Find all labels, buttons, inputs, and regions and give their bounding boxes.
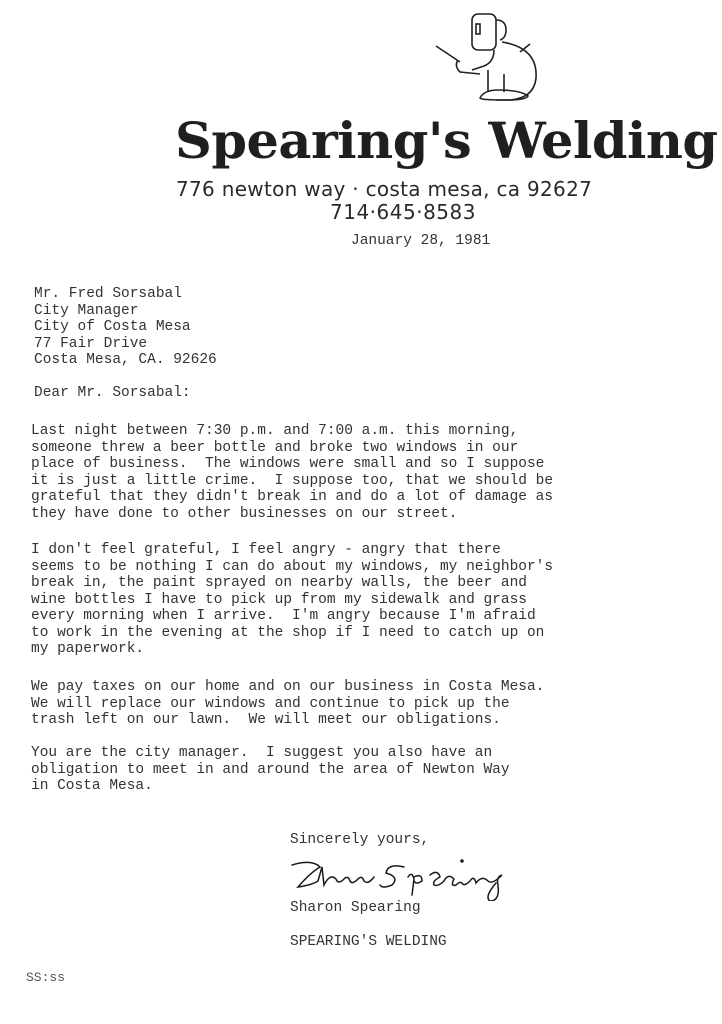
reference-initials: SS:ss	[26, 970, 65, 987]
recipient-city: Costa Mesa, CA. 92626	[34, 352, 217, 369]
valediction: Sincerely yours,	[290, 832, 429, 849]
body-paragraph: I don't feel grateful, I feel angry - an…	[31, 542, 553, 658]
recipient-title: City Manager	[34, 303, 217, 320]
signer-name: Sharon Spearing	[290, 900, 421, 917]
body-paragraph: Last night between 7:30 p.m. and 7:00 a.…	[31, 423, 553, 522]
recipient-organization: City of Costa Mesa	[34, 319, 217, 336]
body-paragraph: We pay taxes on our home and on our busi…	[31, 679, 544, 729]
recipient-name: Mr. Fred Sorsabal	[34, 286, 217, 303]
body-paragraph: You are the city manager. I suggest you …	[31, 745, 510, 795]
welder-figure-icon	[432, 12, 552, 108]
company-address: 776 newton way · costa mesa, ca 92627	[176, 178, 700, 200]
letter-date: January 28, 1981	[351, 233, 490, 250]
recipient-street: 77 Fair Drive	[34, 336, 217, 353]
salutation: Dear Mr. Sorsabal:	[34, 385, 191, 402]
signature-company-name: SPEARING'S WELDING	[290, 934, 447, 951]
recipient-address-block: Mr. Fred Sorsabal City Manager City of C…	[34, 286, 217, 369]
company-phone: 714·645·8583	[330, 201, 550, 223]
company-name-logo: Spearing's Welding	[175, 112, 709, 170]
handwritten-signature-icon	[284, 855, 524, 901]
